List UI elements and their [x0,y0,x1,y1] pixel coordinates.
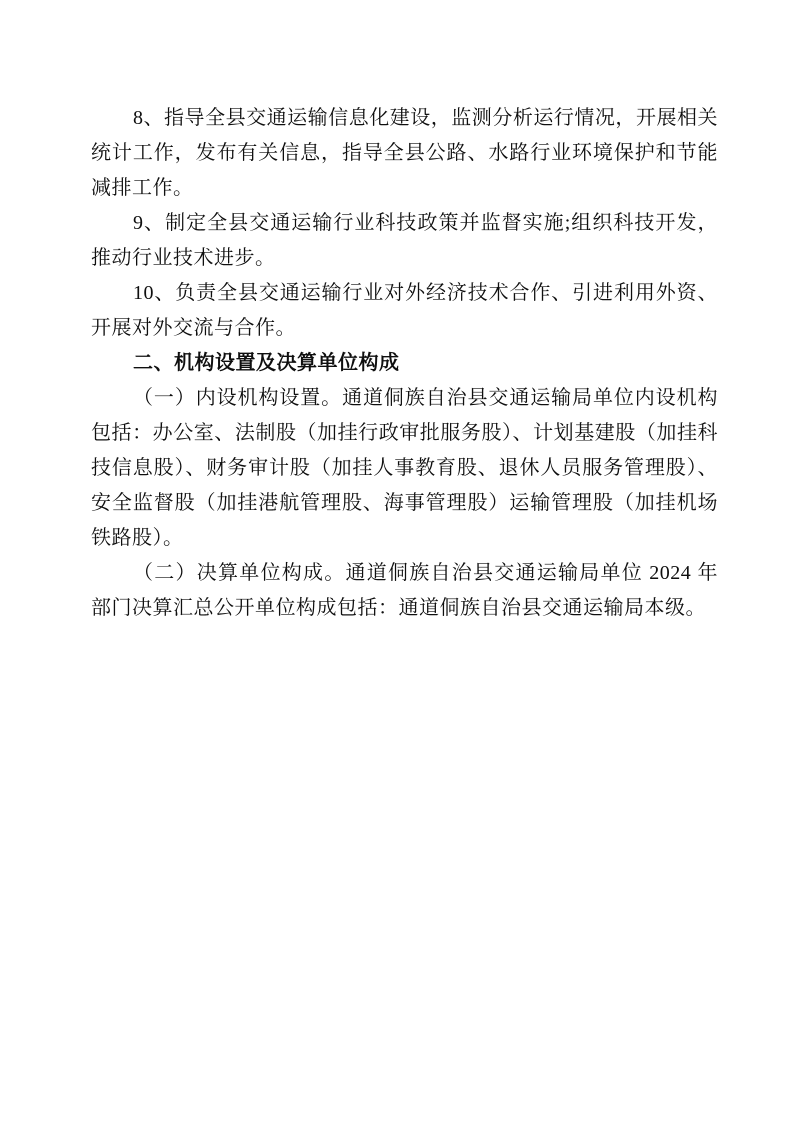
paragraph-duty-item-9: 9、制定全县交通运输行业科技政策并监督实施;组织科技开发，推动行业技术进步。 [91,206,718,276]
paragraph-duty-item-10: 10、负责全县交通运输行业对外经济技术合作、引进利用外资、开展对外交流与合作。 [91,276,718,346]
paragraph-budget-unit-composition: （二）决算单位构成。通道侗族自治县交通运输局单位 2024 年部门决算汇总公开单… [91,556,718,626]
document-page: 8、指导全县交通运输信息化建设，监测分析运行情况，开展相关统计工作，发布有关信息… [0,0,793,1122]
paragraph-duty-item-8: 8、指导全县交通运输信息化建设，监测分析运行情况，开展相关统计工作，发布有关信息… [91,101,718,206]
section-heading-org-setup: 二、机构设置及决算单位构成 [91,346,718,381]
paragraph-internal-org-setup: （一）内设机构设置。通道侗族自治县交通运输局单位内设机构包括：办公室、法制股（加… [91,381,718,556]
